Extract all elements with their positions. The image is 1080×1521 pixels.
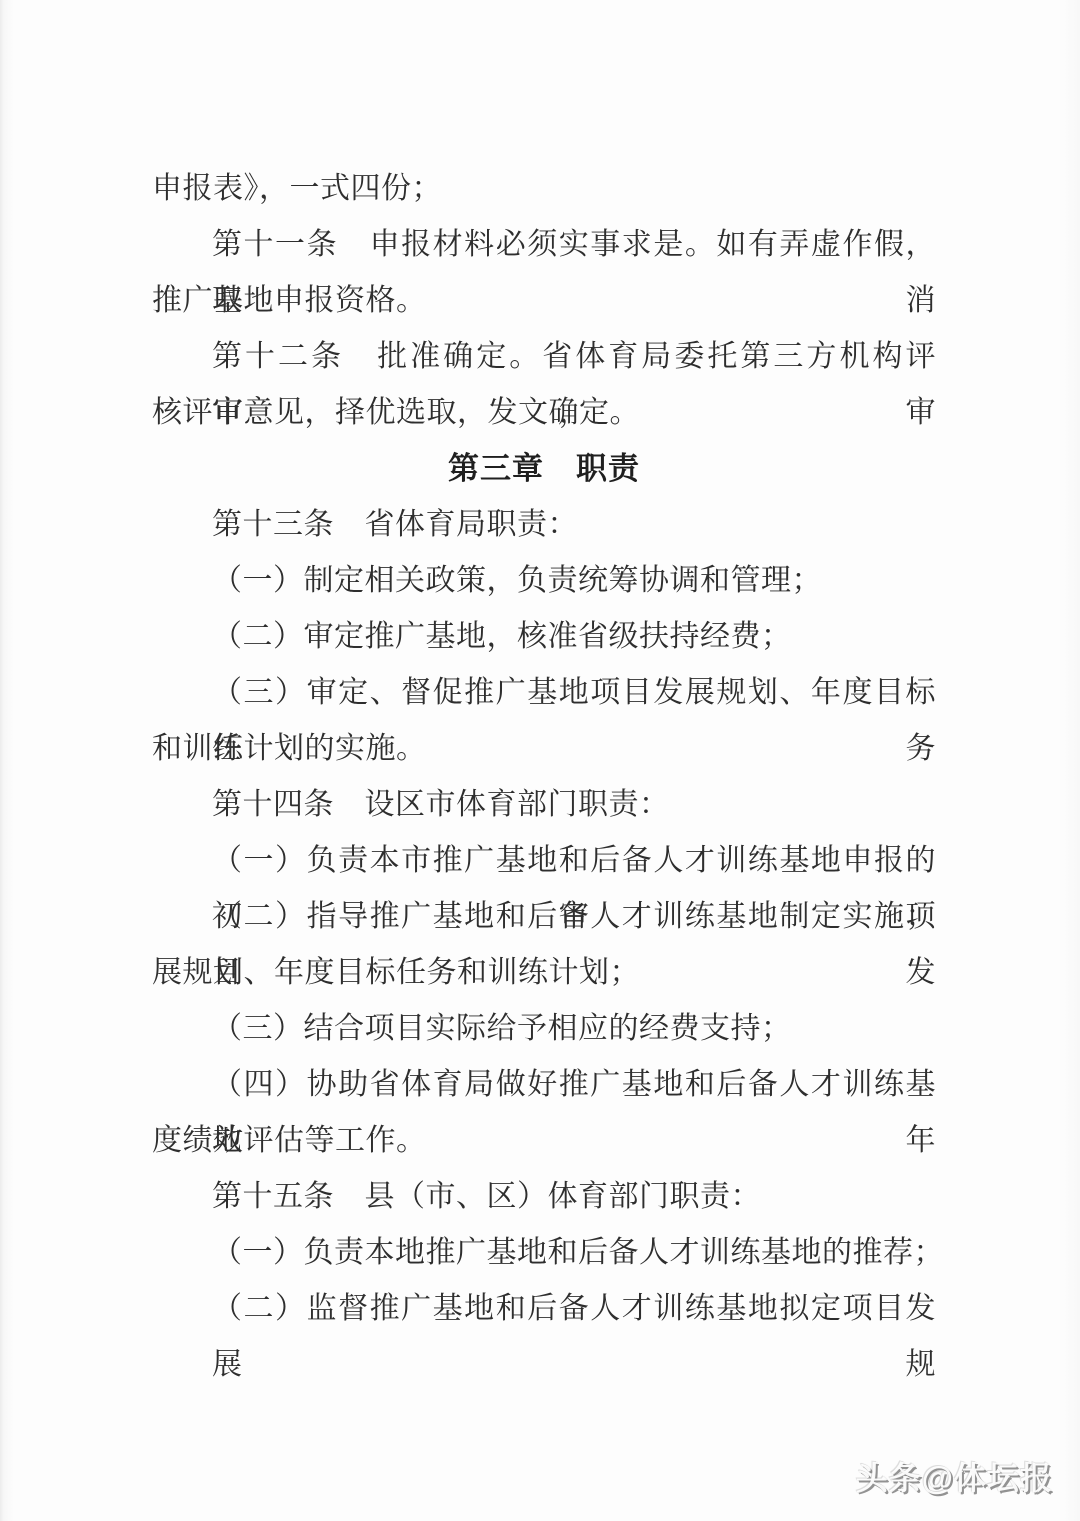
text-line: 第十二条 批准确定。省体育局委托第三方机构评审，审 (152, 329, 936, 385)
text-line: （二）监督推广基地和后备人才训练基地拟定项目发展规 (152, 1281, 936, 1337)
chapter-heading: 第三章 职责 (152, 441, 936, 497)
text-line: （一）制定相关政策，负责统筹协调和管理； (152, 553, 936, 609)
text-line: （一）负责本市推广基地和后备人才训练基地申报的初审； (152, 833, 936, 889)
text-line: 申报表》，一式四份； (152, 161, 936, 217)
text-line: （一）负责本地推广基地和后备人才训练基地的推荐； (152, 1225, 936, 1281)
text-line: 第十三条 省体育局职责： (152, 497, 936, 553)
document-body: 申报表》，一式四份；第十一条 申报材料必须实事求是。如有弄虚作假，取消推广基地申… (152, 161, 936, 1337)
text-line: 第十一条 申报材料必须实事求是。如有弄虚作假，取消 (152, 217, 936, 273)
text-line: （二）审定推广基地，核准省级扶持经费； (152, 609, 936, 665)
text-line: （三）结合项目实际给予相应的经费支持； (152, 1001, 936, 1057)
scanned-document-screenshot: { "page": { "background": "#fdfdfd", "te… (0, 0, 1080, 1521)
text-line: （四）协助省体育局做好推广基地和后备人才训练基地年 (152, 1057, 936, 1113)
document-page: 申报表》，一式四份；第十一条 申报材料必须实事求是。如有弄虚作假，取消推广基地申… (0, 0, 1080, 1521)
text-line: （三）审定、督促推广基地项目发展规划、年度目标任务 (152, 665, 936, 721)
text-line: （二）指导推广基地和后备人才训练基地制定实施项目发 (152, 889, 936, 945)
text-line: 第十四条 设区市体育部门职责： (152, 777, 936, 833)
text-line: 第十五条 县（市、区）体育部门职责： (152, 1169, 936, 1225)
toutiao-watermark: 头条@体坛报 (856, 1453, 1053, 1499)
